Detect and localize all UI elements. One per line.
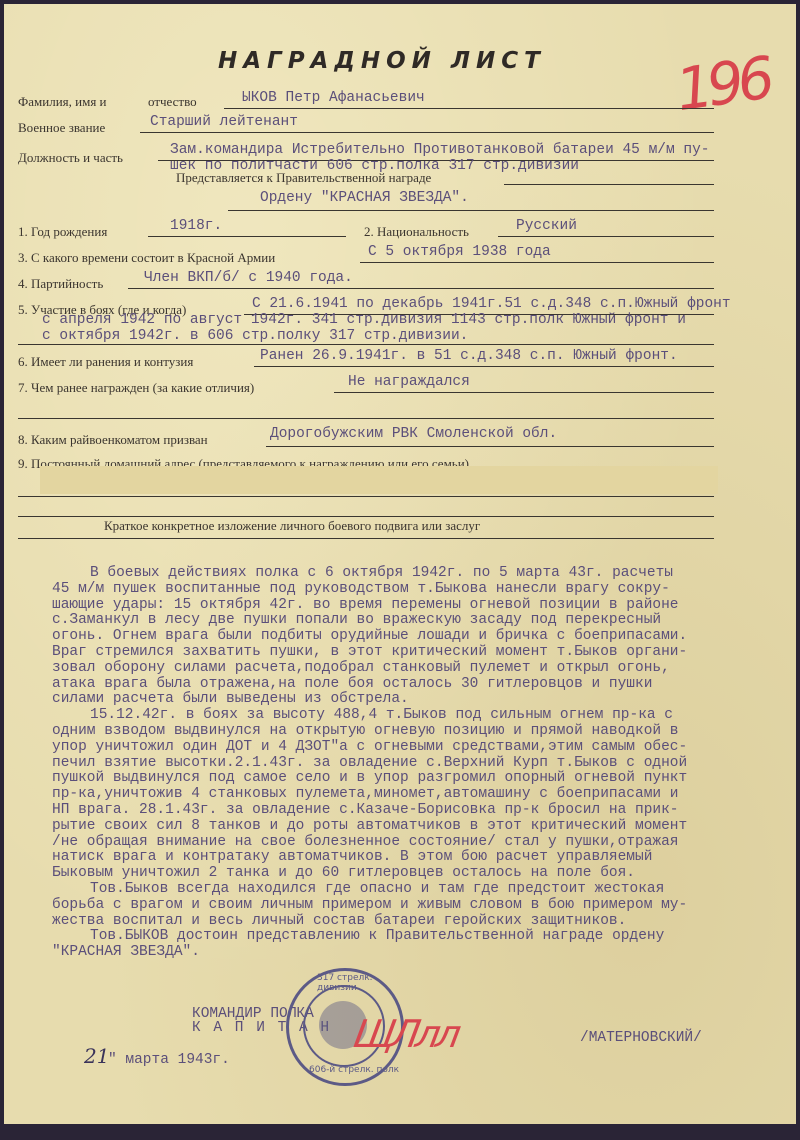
position-label: Должность и часть (18, 150, 123, 166)
date-day: 21 (84, 1044, 109, 1068)
rank-value: Старший лейтенант (150, 114, 298, 130)
draft-office-label: 8. Каким райвоенкоматом призван (18, 432, 208, 448)
address-underline-2 (18, 516, 714, 517)
stamp-bottom-text: 606-й стрелк. полк (309, 1065, 399, 1075)
redacted-address (40, 466, 718, 494)
narrative-paragraph-3: Тов.Быков всегда находился где опасно и … (52, 882, 782, 929)
name-underline (224, 108, 714, 109)
signatory-name: /МАТЕРНОВСКИЙ/ (580, 1030, 702, 1046)
narrative-paragraph-2: 15.12.42г. в боях за высоту 488,4 т.Быко… (52, 708, 782, 882)
birth-year-underline (148, 236, 346, 237)
summary-underline (18, 538, 714, 539)
date-rest: " марта 1943г. (108, 1052, 230, 1068)
battles-value-3: с октября 1942г. в 606 стр.полку 317 стр… (42, 328, 468, 344)
archive-number: 196 (672, 44, 773, 124)
battles-underline-2 (18, 344, 714, 345)
narrative-paragraph-4: Тов.БЫКОВ достоин представлению к Правит… (52, 929, 782, 961)
birth-year-value: 1918г. (170, 218, 222, 234)
award-underline-b (228, 210, 714, 211)
prior-awards-value: Не награждался (348, 374, 470, 390)
award-underline-a (504, 184, 714, 185)
army-since-underline (360, 262, 714, 263)
stamp-top-text: 317 стрелк. дивизии (317, 973, 401, 993)
army-since-label: 3. С какого времени состоит в Красной Ар… (18, 250, 275, 266)
party-underline (128, 288, 714, 289)
prior-awards-label: 7. Чем ранее награжден (за какие отличия… (18, 380, 254, 396)
name-label-b: отчество (148, 94, 197, 110)
army-since-value: С 5 октября 1938 года (368, 244, 551, 260)
wounds-label: 6. Имеет ли ранения и контузия (18, 354, 193, 370)
draft-office-underline (266, 446, 714, 447)
wounds-value: Ранен 26.9.1941г. в 51 с.д.348 с.п. Южны… (260, 348, 678, 364)
wounds-underline (254, 366, 714, 367)
award-label: Представляется к Правительственной награ… (176, 170, 431, 186)
rank-label: Военное звание (18, 120, 105, 136)
address-underline-1 (18, 496, 714, 497)
name-label-a: Фамилия, имя и (18, 94, 107, 110)
nationality-underline (498, 236, 714, 237)
prior-awards-underline (334, 392, 714, 393)
nationality-value: Русский (516, 218, 577, 234)
award-value: Ордену "КРАСНАЯ ЗВЕЗДА". (260, 190, 469, 206)
position-value-1: Зам.командира Истребительно Противотанко… (170, 142, 710, 158)
birth-year-label: 1. Год рождения (18, 224, 107, 240)
document-title: НАГРАДНОЙ ЛИСТ (218, 48, 546, 74)
narrative-paragraph-1: В боевых действиях полка с 6 октября 194… (52, 566, 782, 708)
prior-awards-underline-2 (18, 418, 714, 419)
nationality-label: 2. Национальность (364, 224, 469, 240)
party-value: Член ВКП/б/ с 1940 года. (144, 270, 353, 286)
party-label: 4. Партийность (18, 276, 103, 292)
name-value: ЫКОВ Петр Афанасьевич (242, 90, 425, 106)
draft-office-value: Дорогобужским РВК Смоленской обл. (270, 426, 557, 442)
rank-underline (140, 132, 714, 133)
award-sheet: НАГРАДНОЙ ЛИСТ 196 Фамилия, имя и отчест… (4, 4, 796, 1124)
commander-signature: ЩЛлл (350, 1012, 460, 1056)
battles-value-1: С 21.6.1941 по декабрь 1941г.51 с.д.348 … (252, 296, 731, 312)
battles-value-2: с апреля 1942 по август 1942г. 341 стр.д… (42, 312, 686, 328)
summary-heading: Краткое конкретное изложение личного бое… (104, 518, 480, 534)
narrative: В боевых действиях полка с 6 октября 194… (52, 566, 782, 961)
